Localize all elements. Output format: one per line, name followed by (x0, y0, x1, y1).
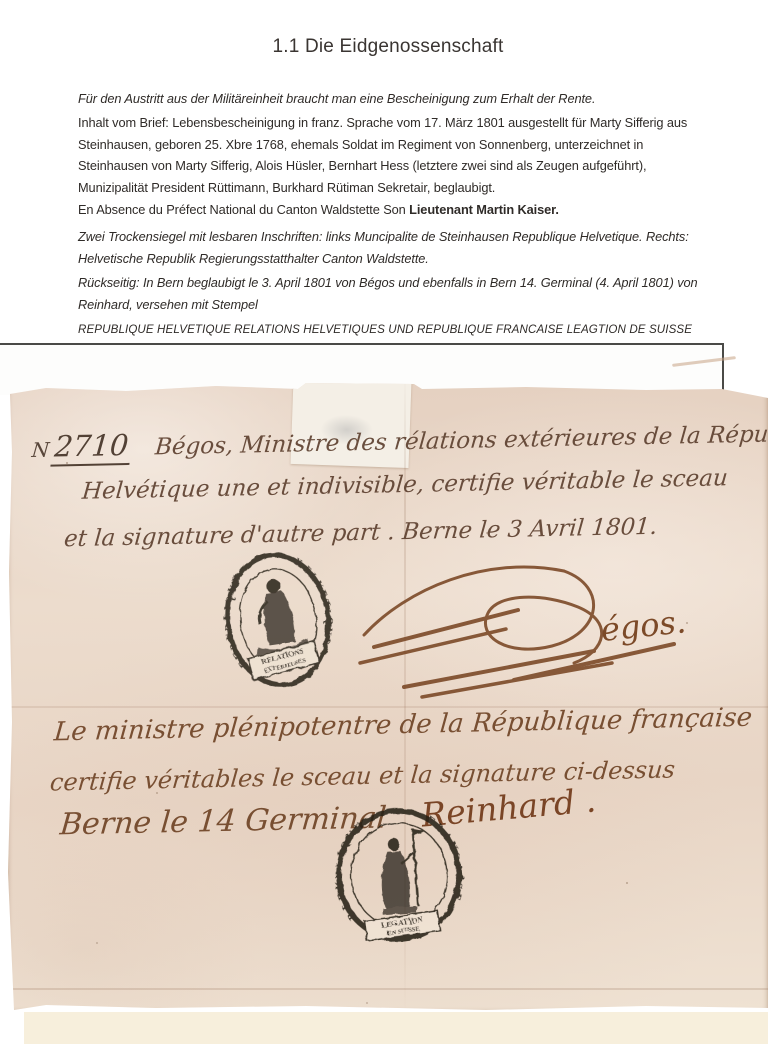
page-title: 1.1 Die Eidgenossenschaft (38, 36, 738, 58)
verso-note: Rückseitig: In Bern beglaubigt le 3. Apr… (78, 272, 700, 315)
bottom-paper-band (24, 1012, 768, 1044)
absence-prefix: En Absence du Préfect National du Canton… (78, 202, 409, 217)
svg-text:REPUBLIQUE: REPUBLIQUE (216, 571, 257, 671)
handwritten-line-1-text: Bégos, Ministre des rélations extérieure… (154, 421, 768, 460)
signature1-text: égos. (599, 602, 688, 649)
signature-begos: égos. (356, 547, 726, 702)
seal-helvetique: REPUBLIQUE HELVETIQUE RELATIONS EXTERIEU… (210, 537, 346, 702)
caption-caps: REPUBLIQUE HELVETIQUE RELATIONS HELVETIQ… (78, 319, 718, 341)
seal2-figure (377, 828, 431, 915)
seal2-banner: LEGATION EN SUISSE (365, 911, 441, 941)
seal-francaise: REPUBLIQUE FRANCAISE LEGATION EN SUISSE (327, 799, 471, 950)
document-number: 2710 (50, 428, 133, 467)
content-summary: Inhalt vom Brief: Lebensbescheinigung in… (78, 112, 700, 198)
document-page: 1.1 Die Eidgenossenschaft Für den Austri… (0, 0, 768, 1056)
intro-note: Für den Austritt aus der Militäreinheit … (78, 88, 700, 110)
seals-note: Zwei Trockensiegel mit lesbaren Inschrif… (78, 226, 700, 269)
absence-bold-name: Lieutenant Martin Kaiser. (409, 202, 559, 217)
scanned-document: N2710Bégos, Ministre des rélations extér… (6, 372, 768, 1014)
seal1-arc-right-text: HELVETIQUE (291, 553, 338, 652)
svg-text:HELVETIQUE: HELVETIQUE (291, 553, 338, 652)
flourish-loop (485, 571, 601, 663)
horizontal-fold-crease-2 (6, 988, 768, 990)
document-number-prefix: N (31, 438, 51, 462)
seal1-arc-left-text: REPUBLIQUE (216, 571, 257, 671)
absence-note: En Absence du Préfect National du Canton… (78, 199, 700, 221)
